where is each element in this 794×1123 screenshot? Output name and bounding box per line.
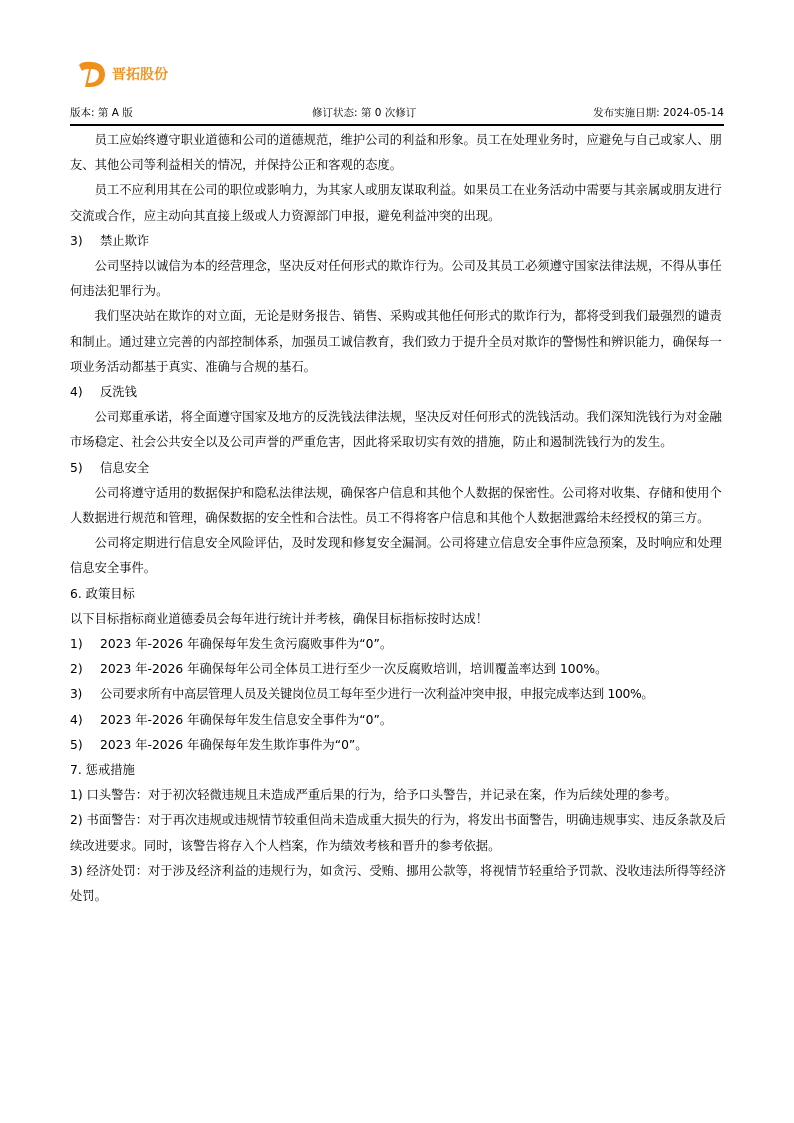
document-header: 版本: 第 A 版 修订状态: 第 0 次修订 发布实施日期: 2024-05-… xyxy=(70,104,724,120)
section-heading-information-security: 5)信息安全 xyxy=(70,456,726,481)
logo-d-icon xyxy=(76,58,108,90)
disciplinary-item: 2) 书面警告：对于再次违规或违规情节较重但尚未造成重大损失的行为，将发出书面警… xyxy=(70,808,726,858)
paragraph: 我们坚决站在欺诈的对立面，无论是财务报告、销售、采购或其他任何形式的欺诈行为，都… xyxy=(70,304,726,380)
section-heading-disciplinary-measures: 7. 惩戒措施 xyxy=(70,758,726,783)
paragraph: 员工不应利用其在公司的职位或影响力，为其家人或朋友谋取利益。如果员工在业务活动中… xyxy=(70,178,726,228)
version-label: 版本: 第 A 版 xyxy=(70,105,133,120)
goal-item: 3)公司要求所有中高层管理人员及关键岗位员工每年至少进行一次利益冲突申报，申报完… xyxy=(70,682,726,707)
paragraph: 员工应始终遵守职业道德和公司的道德规范，维护公司的利益和形象。员工在处理业务时，… xyxy=(70,128,726,178)
header-divider xyxy=(70,124,724,126)
policy-goals-intro: 以下目标指标商业道德委员会每年进行统计并考核，确保目标指标按时达成！ xyxy=(70,607,726,632)
section-heading-policy-goals: 6. 政策目标 xyxy=(70,582,726,607)
paragraph: 公司将定期进行信息安全风险评估，及时发现和修复安全漏洞。公司将建立信息安全事件应… xyxy=(70,531,726,581)
paragraph: 公司坚持以诚信为本的经营理念，坚决反对任何形式的欺诈行为。公司及其员工必须遵守国… xyxy=(70,254,726,304)
section-heading-fraud: 3)禁止欺诈 xyxy=(70,229,726,254)
goal-item: 1)2023 年-2026 年确保每年发生贪污腐败事件为“0”。 xyxy=(70,632,726,657)
section-heading-anti-money-laundering: 4)反洗钱 xyxy=(70,380,726,405)
goal-item: 2)2023 年-2026 年确保每年公司全体员工进行至少一次反腐败培训，培训覆… xyxy=(70,657,726,682)
paragraph: 公司将遵守适用的数据保护和隐私法律法规，确保客户信息和其他个人数据的保密性。公司… xyxy=(70,481,726,531)
goal-item: 4)2023 年-2026 年确保每年发生信息安全事件为“0”。 xyxy=(70,708,726,733)
disciplinary-item: 1) 口头警告：对于初次轻微违规且未造成严重后果的行为，给予口头警告，并记录在案… xyxy=(70,783,726,808)
logo-text: 晋拓股份 xyxy=(112,64,168,84)
document-body: 员工应始终遵守职业道德和公司的道德规范，维护公司的利益和形象。员工在处理业务时，… xyxy=(70,128,726,909)
disciplinary-item: 3) 经济处罚：对于涉及经济利益的违规行为，如贪污、受贿、挪用公款等，将视情节轻… xyxy=(70,859,726,909)
paragraph: 公司郑重承诺，将全面遵守国家及地方的反洗钱法律法规，坚决反对任何形式的洗钱活动。… xyxy=(70,405,726,455)
revision-label: 修订状态: 第 0 次修订 xyxy=(312,105,416,120)
publish-date-label: 发布实施日期: 2024-05-14 xyxy=(593,105,724,120)
goal-item: 5)2023 年-2026 年确保每年发生欺诈事件为“0”。 xyxy=(70,733,726,758)
company-logo: 晋拓股份 xyxy=(76,58,168,90)
